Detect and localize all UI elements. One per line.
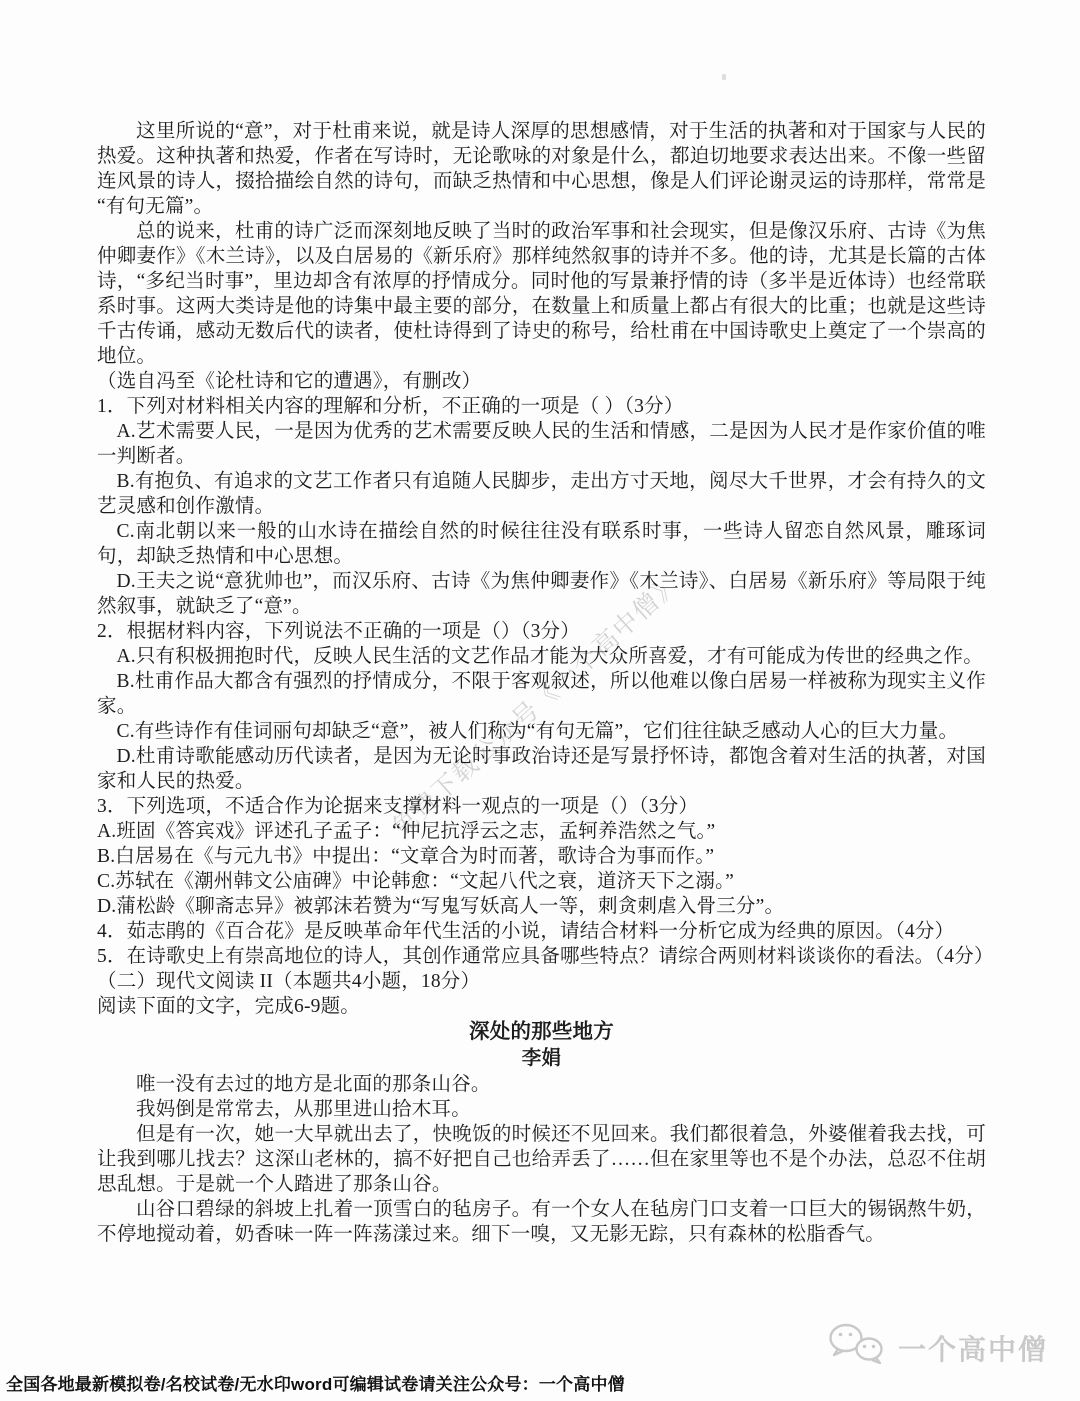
question-3-option-c: C.苏轼在《潮州韩文公庙碑》中论韩愈：“文起八代之衰，道济天下之溺。”: [97, 869, 986, 894]
question-5-stem: 5．在诗歌史上有崇高地位的诗人，其创作通常应具备哪些特点？请综合两则材料谈谈你的…: [97, 944, 986, 969]
question-1-option-c: C.南北朝以来一般的山水诗在描绘自然的时候往往没有联系时事，一些诗人留恋自然风景…: [97, 519, 986, 569]
section2-header: （二）现代文阅读 II（本题共4小题，18分）: [97, 969, 986, 994]
question-2-stem: 2．根据材料内容，下列说法不正确的一项是（）（3分）: [97, 619, 986, 644]
question-3-option-d: D.蒲松龄《聊斋志异》被郭沫若赞为“写鬼写妖高人一等，刺贪刺虐入骨三分”。: [97, 894, 986, 919]
question-2-option-b: B.杜甫作品大都含有强烈的抒情成分，不限于客观叙述，所以他难以像白居易一样被称为…: [97, 669, 986, 719]
material-source: （选自冯至《论杜诗和它的遭遇》，有删改）: [97, 369, 986, 394]
exam-content: 这里所说的“意”，对于杜甫来说，就是诗人深厚的思想感情，对于生活的执著和对于国家…: [97, 119, 986, 1247]
passage-title: 深处的那些地方: [97, 1019, 986, 1046]
passage-paragraph-4: 山谷口碧绿的斜坡上扎着一顶雪白的毡房子。有一个女人在毡房门口支着一口巨大的锡锅熬…: [97, 1197, 986, 1247]
brand-mark: 一个高中僧: [826, 1322, 1048, 1373]
wechat-icon: [826, 1322, 888, 1373]
passage-author: 李娟: [97, 1046, 986, 1072]
material-paragraph-2: 总的说来，杜甫的诗广泛而深刻地反映了当时的政治军事和社会现实，但是像汉乐府、古诗…: [97, 219, 986, 369]
question-1-option-a: A.艺术需要人民，一是因为优秀的艺术需要反映人民的生活和情感，二是因为人民才是作…: [97, 419, 986, 469]
section2-instruction: 阅读下面的文字，完成6-9题。: [97, 994, 986, 1019]
question-4-stem: 4．茹志鹃的《百合花》是反映革命年代生活的小说，请结合材料一分析它成为经典的原因…: [97, 919, 986, 944]
scan-speck: [722, 74, 726, 80]
question-3-option-a: A.班固《答宾戏》评述孔子孟子：“仲尼抗浮云之志，孟轲养浩然之气。”: [97, 819, 986, 844]
question-2-option-d: D.杜甫诗歌能感动历代读者，是因为无论时事政治诗还是写景抒怀诗，都饱含着对生活的…: [97, 744, 986, 794]
question-2-option-c: C.有些诗作有佳词丽句却缺乏“意”，被人们称为“有句无篇”，它们往往缺乏感动人心…: [97, 719, 986, 744]
question-1-option-b: B.有抱负、有追求的文艺工作者只有追随人民脚步，走出方寸天地，阅尽大千世界，才会…: [97, 469, 986, 519]
question-3-option-b: B.白居易在《与元九书》中提出：“文章合为时而著，歌诗合为事而作。”: [97, 844, 986, 869]
question-1-option-d: D.王夫之说“意犹帅也”，而汉乐府、古诗《为焦仲卿妻作》《木兰诗》、白居易《新乐…: [97, 569, 986, 619]
brand-label: 一个高中僧: [898, 1328, 1048, 1368]
exam-page: 免费下载公众号《一个高中僧》 这里所说的“意”，对于杜甫来说，就是诗人深厚的思想…: [0, 0, 1080, 1401]
material-paragraph-1: 这里所说的“意”，对于杜甫来说，就是诗人深厚的思想感情，对于生活的执著和对于国家…: [97, 119, 986, 219]
passage-paragraph-1: 唯一没有去过的地方是北面的那条山谷。: [97, 1072, 986, 1097]
passage-paragraph-2: 我妈倒是常常去，从那里进山拾木耳。: [97, 1097, 986, 1122]
question-1-stem: 1．下列对材料相关内容的理解和分析，不正确的一项是（ ）（3分）: [97, 394, 986, 419]
question-2-option-a: A.只有积极拥抱时代，反映人民生活的文艺作品才能为大众所喜爱，才有可能成为传世的…: [97, 644, 986, 669]
passage-paragraph-3: 但是有一次，她一大早就出去了，快晚饭的时候还不见回来。我们都很着急，外婆催着我去…: [97, 1122, 986, 1197]
question-3-stem: 3．下列选项，不适合作为论据来支撑材料一观点的一项是（）（3分）: [97, 794, 986, 819]
footer-note: 全国各地最新模拟卷/名校试卷/无水印word可编辑试卷请关注公众号：一个高中僧: [6, 1370, 625, 1395]
